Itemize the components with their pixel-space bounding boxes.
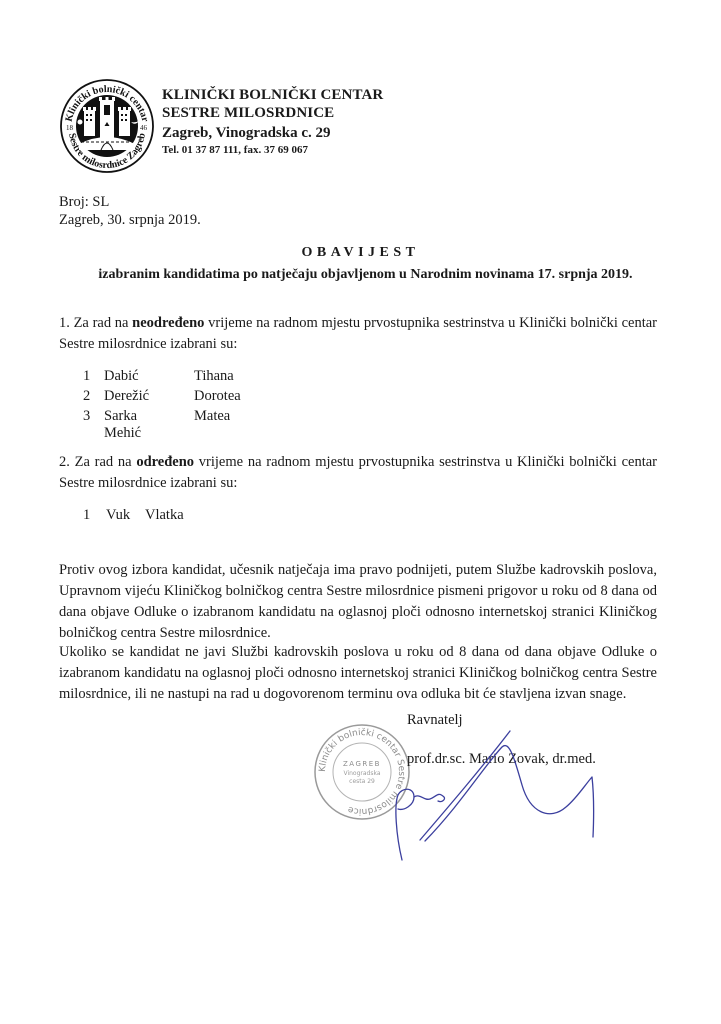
- candidate-surname: Dabić: [104, 368, 139, 385]
- candidate-surname: Vuk: [106, 507, 130, 524]
- section-1-intro: 1. Za rad na neodređeno vrijeme na radno…: [59, 313, 657, 355]
- svg-text:46: 46: [140, 124, 148, 132]
- signature-scribble-icon: [380, 725, 610, 865]
- candidate-given-name: Dorotea: [194, 388, 241, 405]
- candidate-given-name: Vlatka: [145, 507, 184, 524]
- org-name-line1: KLINIČKI BOLNIČKI CENTAR: [162, 88, 383, 106]
- svg-text:ZAGREB: ZAGREB: [343, 760, 381, 768]
- org-address: Zagreb, Vinogradska c. 29: [162, 126, 383, 144]
- svg-text:cesta 29: cesta 29: [349, 778, 375, 785]
- document-reference: Broj: SL Zagreb, 30. srpnja 2019.: [59, 193, 201, 229]
- employment-type-fixed-term: određeno: [136, 454, 194, 470]
- section-2-intro: 2. Za rad na određeno vrijeme na radnom …: [59, 452, 657, 494]
- svg-text:Vinogradska: Vinogradska: [343, 770, 380, 777]
- document-title: OBAVIJEST: [0, 245, 721, 261]
- svg-text:18: 18: [66, 124, 74, 132]
- org-contact: Tel. 01 37 87 111, fax. 37 69 067: [162, 145, 383, 156]
- letterhead: KLINIČKI BOLNIČKI CENTAR SESTRE MILOSRDN…: [162, 88, 383, 156]
- reference-number: Broj: SL: [59, 193, 201, 211]
- document-subtitle: izabranim kandidatima po natječaju objav…: [0, 267, 721, 283]
- place-date: Zagreb, 30. srpnja 2019.: [59, 211, 201, 229]
- employment-type-permanent: neodređeno: [132, 315, 204, 331]
- hospital-logo: Klinički bolnički centar Sestre milosrdn…: [57, 78, 157, 174]
- candidate-given-name: Matea: [194, 408, 230, 425]
- notice-paragraph: Ukoliko se kandidat ne javi Službi kadro…: [59, 642, 657, 705]
- org-name-line2: SESTRE MILOSRDNICE: [162, 106, 383, 124]
- hospital-seal-icon: Klinički bolnički centar Sestre milosrdn…: [57, 78, 157, 174]
- handwritten-signature: [380, 725, 610, 865]
- candidate-surname: Sarka Mehić: [104, 408, 141, 442]
- candidate-surname: Derežić: [104, 388, 149, 405]
- candidate-given-name: Tihana: [194, 368, 234, 385]
- appeal-paragraph: Protiv ovog izbora kandidat, učesnik nat…: [59, 560, 657, 644]
